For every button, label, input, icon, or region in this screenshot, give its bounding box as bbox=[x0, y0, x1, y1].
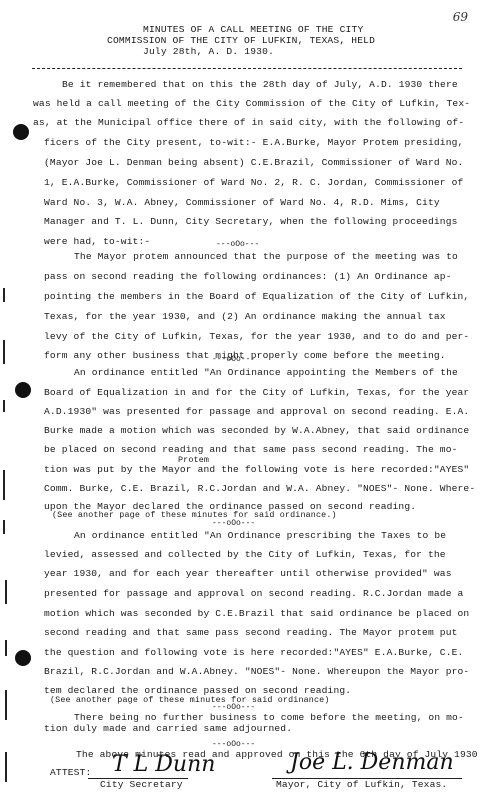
hole-punch-bottom bbox=[15, 650, 31, 666]
margin-mark bbox=[3, 340, 5, 364]
p4-note: (See another page of these minutes for s… bbox=[50, 695, 330, 705]
p1-line-4: ficers of the City present, to-wit:- E.A… bbox=[44, 137, 463, 148]
margin-mark bbox=[5, 752, 7, 782]
p2-line-1: The Mayor protem announced that the purp… bbox=[74, 251, 458, 262]
p2-line-3: pointing the members in the Board of Equ… bbox=[44, 291, 469, 302]
p1-line-9: were had, to-wit:- bbox=[44, 236, 150, 247]
p3-line-7: Comm. Burke, C.E. Brazil, R.C.Jordan and… bbox=[44, 483, 475, 494]
margin-mark bbox=[3, 288, 5, 302]
p2-line-4: Texas, for the year 1930, and (2) An ord… bbox=[44, 311, 446, 322]
p3-line-3: A.D.1930" was presented for passage and … bbox=[44, 406, 469, 417]
p1-line-8: Manager and T. L. Dunn, City Secretary, … bbox=[44, 216, 458, 227]
p4-line-6: second reading and that same pass second… bbox=[44, 627, 458, 638]
p3-note: (See another page of these minutes for s… bbox=[52, 510, 337, 520]
margin-mark bbox=[5, 640, 7, 656]
title-line-1: MINUTES OF A CALL MEETING OF THE CITY bbox=[143, 24, 363, 35]
title-line-3: July 28th, A. D. 1930. bbox=[143, 46, 274, 57]
secretary-signature: T L Dunn bbox=[112, 752, 215, 777]
header-dashed-rule bbox=[32, 68, 462, 69]
margin-mark bbox=[5, 690, 7, 720]
p4-line-5: motion which was seconded by C.E.Brazil … bbox=[44, 608, 469, 619]
margin-mark bbox=[5, 580, 7, 604]
p4-line-3: year 1930, and for each year thereafter … bbox=[44, 568, 452, 579]
p1-line-6: 1, E.A.Burke, Commissioner of Ward No. 2… bbox=[44, 177, 463, 188]
separator-3: ---oOo--- bbox=[212, 519, 255, 528]
p3-line-1: An ordinance entitled "An Ordinance appo… bbox=[74, 367, 458, 378]
attest-label: ATTEST: bbox=[50, 767, 91, 778]
title-line-2: COMMISSION OF THE CITY OF LUFKIN, TEXAS,… bbox=[107, 35, 375, 46]
separator-5: ---oOo--- bbox=[212, 740, 255, 749]
p1-line-7: Ward No. 3, W.A. Abney, Commissioner of … bbox=[44, 197, 440, 208]
hole-punch-middle bbox=[15, 382, 31, 398]
p3-line-2: Board of Equalization in and for the Cit… bbox=[44, 387, 469, 398]
separator-4: ---oOo--- bbox=[212, 703, 255, 712]
p1-line-1: Be it remembered that on this the 28th d… bbox=[62, 79, 458, 90]
p5-line-2: tion duly made and carried same adjourne… bbox=[44, 723, 292, 734]
scanned-minutes-page: 69 MINUTES OF A CALL MEETING OF THE CITY… bbox=[0, 0, 488, 800]
mayor-title: Mayor, City of Lufkin, Texas. bbox=[276, 779, 447, 790]
p1-line-5: (Mayor Joe L. Denman being absent) C.E.B… bbox=[44, 157, 463, 168]
p4-line-7: the question and following vote is here … bbox=[44, 647, 463, 658]
p5-line-1: There being no further business to come … bbox=[74, 712, 464, 723]
secretary-title: City Secretary bbox=[100, 779, 183, 790]
hole-punch-top bbox=[13, 124, 29, 140]
p1-line-2: was held a call meeting of the City Comm… bbox=[33, 98, 470, 109]
margin-mark bbox=[3, 520, 5, 534]
p4-line-4: presented for passage and approval on se… bbox=[44, 588, 463, 599]
p1-line-3: as, at the Municipal office there of in … bbox=[33, 117, 464, 128]
p4-line-2: levied, assessed and collected by the Ci… bbox=[44, 549, 446, 560]
page-number: 69 bbox=[453, 10, 468, 24]
p2-line-5: levy of the City of Lufkin, Texas, for t… bbox=[44, 331, 469, 342]
margin-mark bbox=[3, 400, 5, 412]
mayor-signature: Joe L. Denman bbox=[290, 750, 454, 775]
margin-mark bbox=[3, 470, 5, 500]
p3-line-4: Burke made a motion which was seconded b… bbox=[44, 425, 469, 436]
p2-line-2: pass on second reading the following ord… bbox=[44, 271, 452, 282]
p3-line-5: be placed on second reading and that sam… bbox=[44, 444, 458, 455]
p4-line-8: Brazil, R.C.Jordan and W.A.Abney. "NOES"… bbox=[44, 666, 469, 677]
p4-line-1: An ordinance entitled "An Ordinance pres… bbox=[74, 530, 446, 541]
separator-1: ---oOo--- bbox=[216, 240, 259, 249]
separator-2: ---oOo--- bbox=[212, 355, 255, 364]
p3-line-6: tion was put by the Mayor and the follow… bbox=[44, 464, 469, 475]
